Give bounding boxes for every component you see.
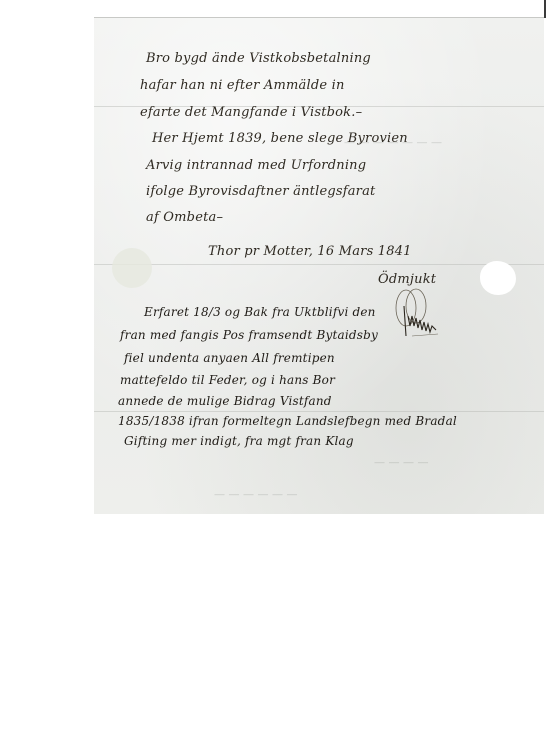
- letter-line: ifolge Byrovisdaftner äntlegsfarat: [146, 184, 375, 199]
- fold-crease: [94, 264, 544, 265]
- letter-line: hafar han ni efter Ammälde in: [140, 78, 345, 93]
- show-through-text: — — — — — —: [214, 488, 297, 501]
- letter-line: af Ombeta–: [146, 210, 223, 225]
- letter-line: mattefeldo til Feder, og i hans Bor: [120, 373, 335, 387]
- letter-line: 1835/1838 ifran formeltegn Landslefbegn …: [118, 414, 457, 428]
- letter-line: Erfaret 18/3 og Bak fra Uktblifvi den: [144, 305, 376, 319]
- letter-line: Her Hjemt 1839, bene slege Byrovien: [152, 131, 408, 146]
- signature-icon: [390, 286, 450, 346]
- letter-line: fiel undenta anyaen All fremtipen: [124, 351, 335, 365]
- show-through-text: — — — —: [374, 456, 429, 469]
- punch-hole: [480, 261, 516, 295]
- letter-line: fran med fangis Pos framsendt Bytaidsby: [120, 328, 378, 342]
- fold-crease: [94, 411, 544, 412]
- letter-line: efarte det Mangfande i Vistbok.–: [140, 105, 362, 120]
- paper-stain: [112, 248, 152, 288]
- letter-line: Arvig intrannad med Urfordning: [146, 158, 366, 173]
- dateline: Thor pr Motter, 16 Mars 1841: [208, 244, 412, 259]
- closing: Ödmjukt: [378, 272, 436, 287]
- letter-line: annede de mulige Bidrag Vistfand: [118, 394, 332, 408]
- letter-paper: — — — — — — — — — — — — — — — — — Bro by…: [94, 17, 544, 514]
- letter-line: Bro bygd ände Vistkobsbetalning: [146, 51, 371, 66]
- letter-line: Gifting mer indigt, fra mgt fran Klag: [124, 434, 354, 448]
